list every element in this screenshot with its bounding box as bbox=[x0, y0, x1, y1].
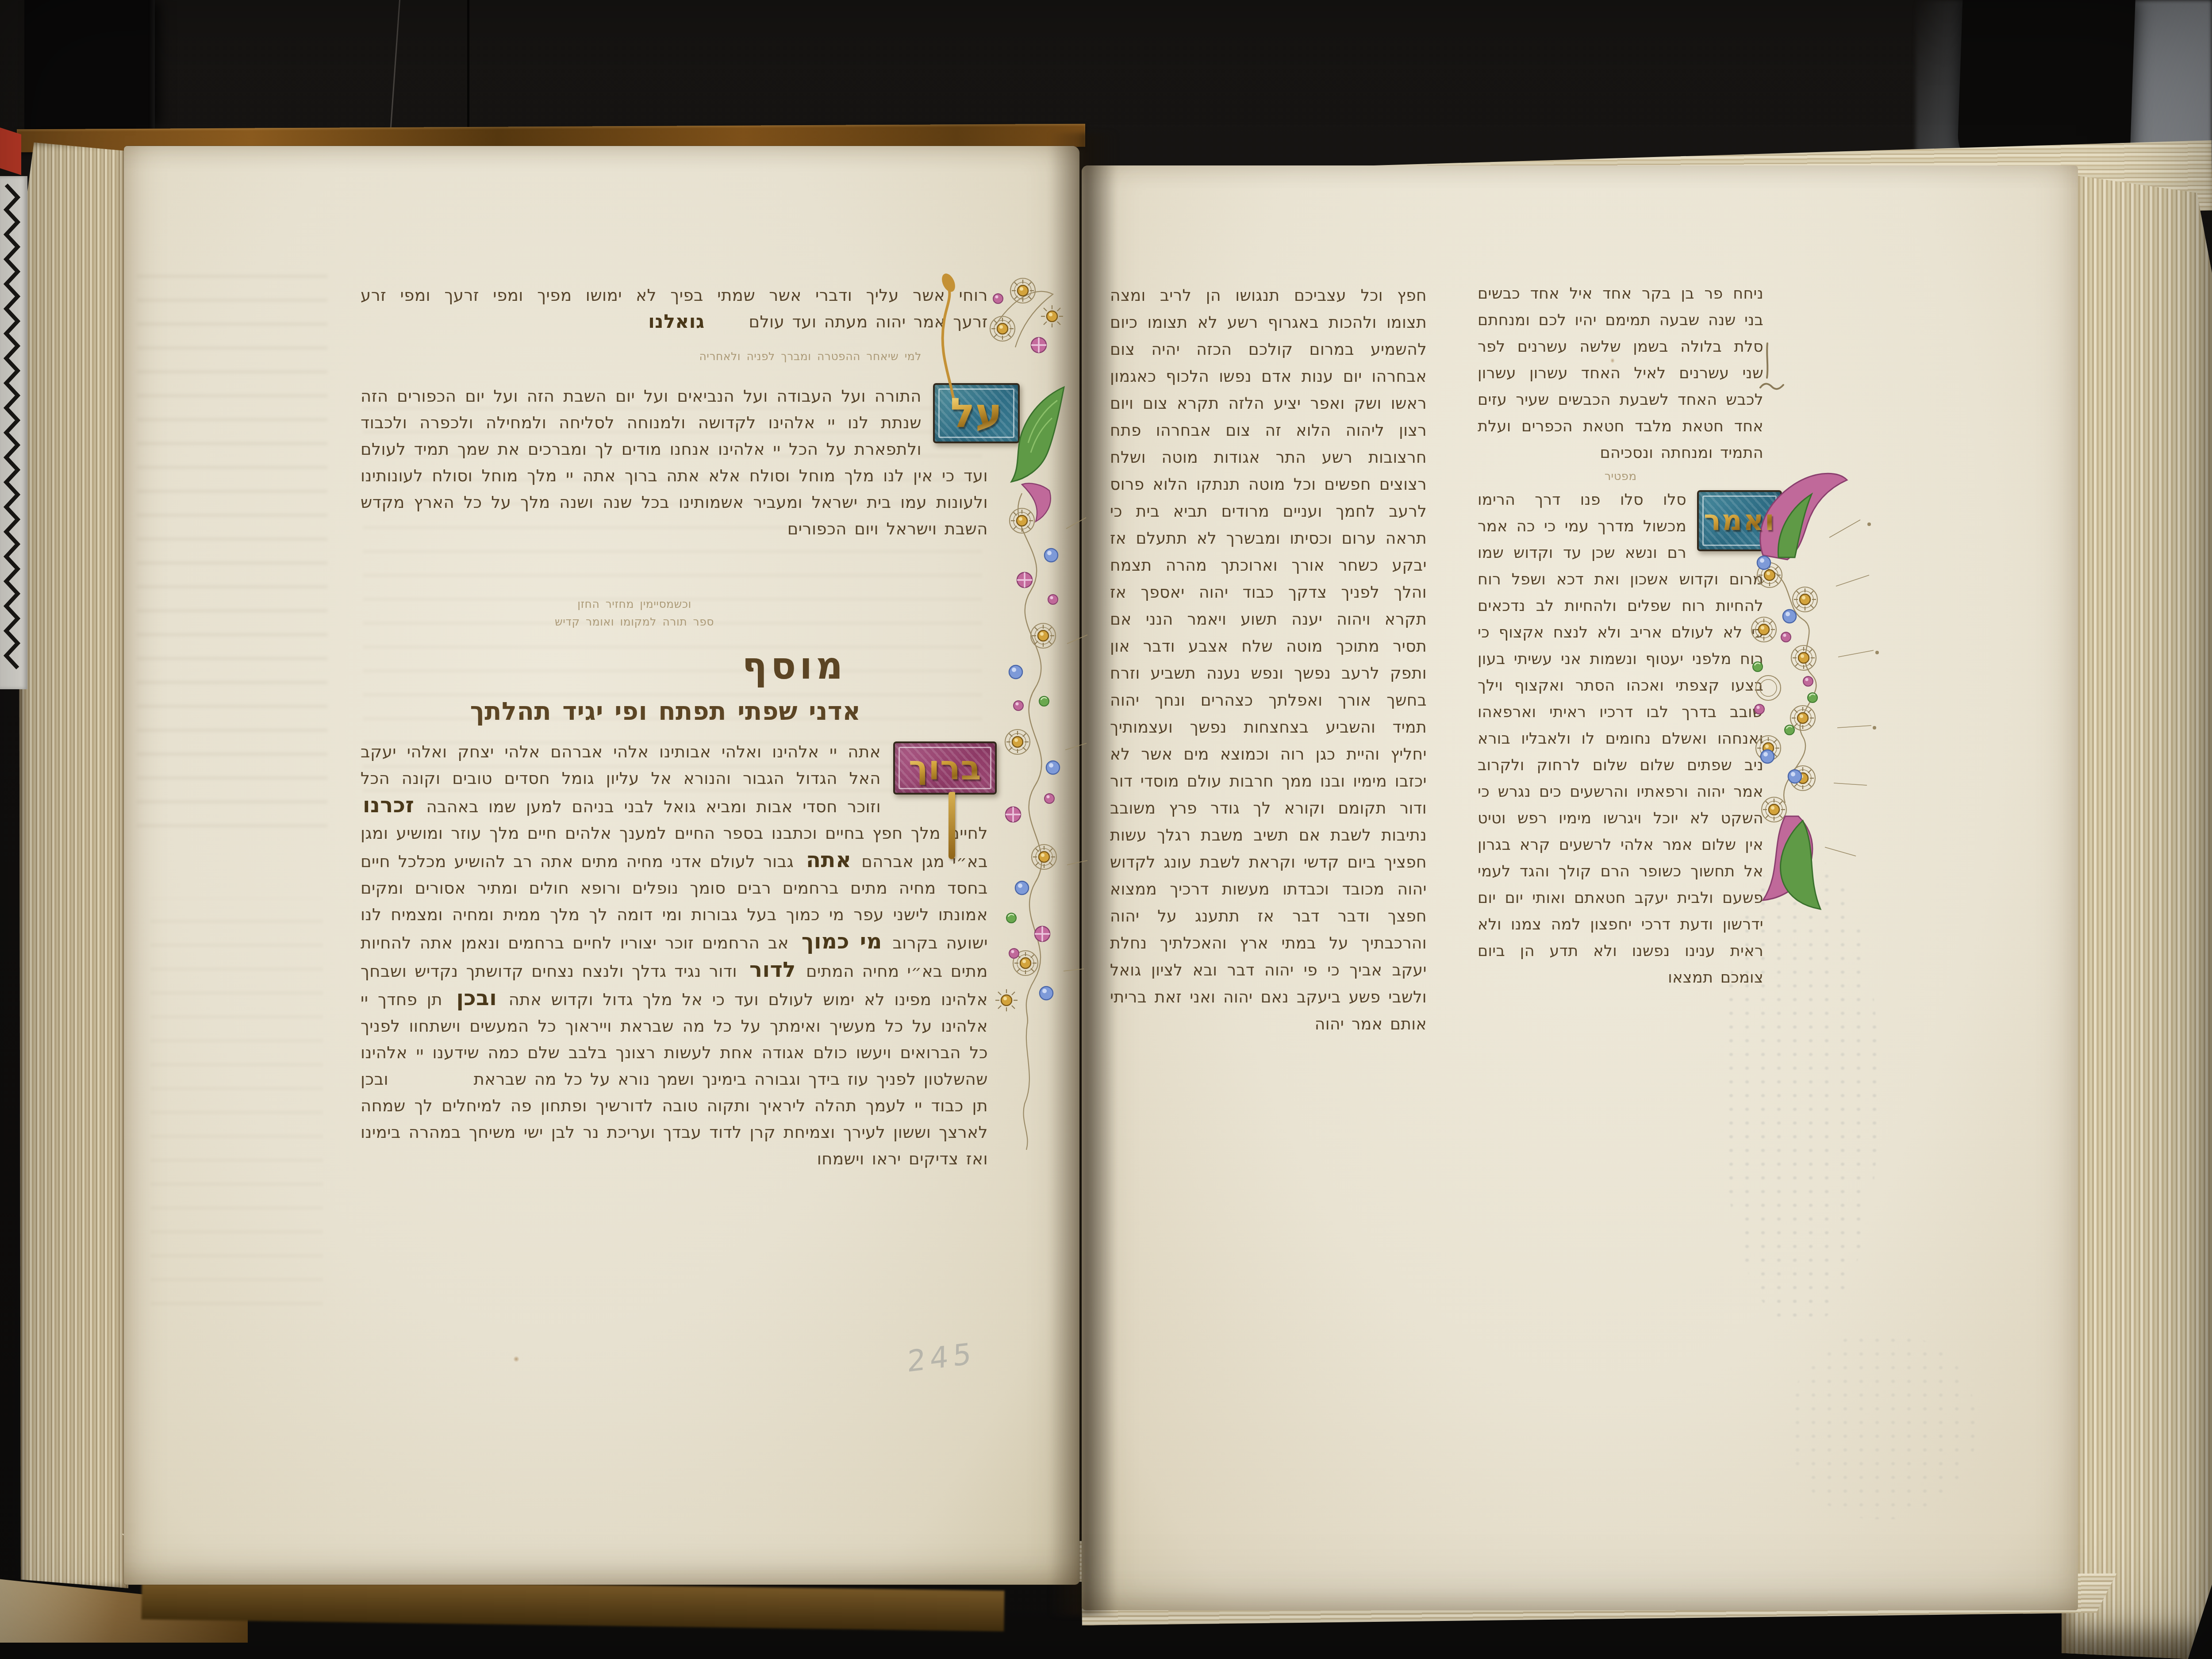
right-page-outer-column: ניחח פר בן בקר אחד איל אחד כבשים בני שנה… bbox=[1478, 280, 1763, 991]
haftarah-ending-line: רוחי אשר עליך ודברי אשר שמתי בפיך לא ימו… bbox=[361, 282, 988, 309]
rubric-haftarah-blessing: למי שיאחר ההפטרה ומברך לפניה ולאחריה bbox=[361, 343, 922, 370]
page-stack-right-fore-edge bbox=[2062, 169, 2212, 1659]
rubric-line-2: ספר תורה למקומו ואומר קדיש bbox=[387, 613, 882, 631]
zigzag-marker-card bbox=[0, 176, 27, 689]
zigzag-pattern-icon bbox=[0, 176, 27, 689]
adonai-sefatai-line: אדני שפתי תפתח ופי יגיד תהלתך bbox=[361, 693, 970, 731]
show-through-left-margin bbox=[137, 261, 327, 827]
background-seam bbox=[467, 0, 469, 129]
manuscript-photo: רוחי אשר עליך ודברי אשר שמתי בפיך לא ימו… bbox=[0, 0, 2212, 1659]
hanging-wire bbox=[390, 0, 400, 129]
amidah-paragraph: ברוךאתה יי אלהינו ואלהי אבותינו אלהי אבר… bbox=[361, 739, 988, 1172]
red-marker-tab bbox=[0, 127, 21, 175]
rubric-return-torah: וכשמסיימין מחזיר החזן ספר תורה למקומו וא… bbox=[387, 595, 882, 631]
right-page-inner-column: חפץ וכל עצביכם תנגושו הן לריב ומצה תצומו… bbox=[1110, 282, 1427, 1038]
parchment-spot bbox=[1610, 358, 1615, 363]
gutter-shadow bbox=[1049, 133, 1117, 1616]
rubric-line-1: וכשמסיימין מחזיר החזן bbox=[387, 595, 882, 613]
ink-spot bbox=[513, 1356, 519, 1362]
haftarah-ending-line2: זרעך אמר יהוה מעתה ועד עולם גואלנו bbox=[361, 309, 988, 335]
quire-pen-mark bbox=[1759, 342, 1795, 395]
left-page-text-column: רוחי אשר עליך ודברי אשר שמתי בפיך לא ימו… bbox=[361, 282, 988, 1172]
goalenu-word: גואלנו bbox=[646, 309, 707, 335]
right-page: חפץ וכל עצביכם תנגושו הן לריב ומצה תצומו… bbox=[1082, 165, 2078, 1610]
folio-number-pencil: 245 bbox=[907, 1336, 976, 1379]
left-page: רוחי אשר עליך ודברי אשר שמתי בפיך לא ימו… bbox=[124, 146, 1079, 1585]
leather-bottom-edge bbox=[141, 1578, 1004, 1631]
cradle-strap bbox=[24, 0, 155, 133]
musaf-header: מוסף bbox=[361, 641, 846, 690]
show-through-left-margin-lower bbox=[150, 898, 323, 1305]
show-through-dots-lower bbox=[1790, 1333, 1975, 1519]
page-stack-left-fore-edge bbox=[19, 142, 128, 1588]
line2-start: זרעך אמר יהוה מעתה ועד עולם bbox=[749, 309, 988, 335]
al-hatorah-paragraph: עלהתורה ועל העבודה ועל הנביאים ועל יום ה… bbox=[361, 383, 988, 587]
